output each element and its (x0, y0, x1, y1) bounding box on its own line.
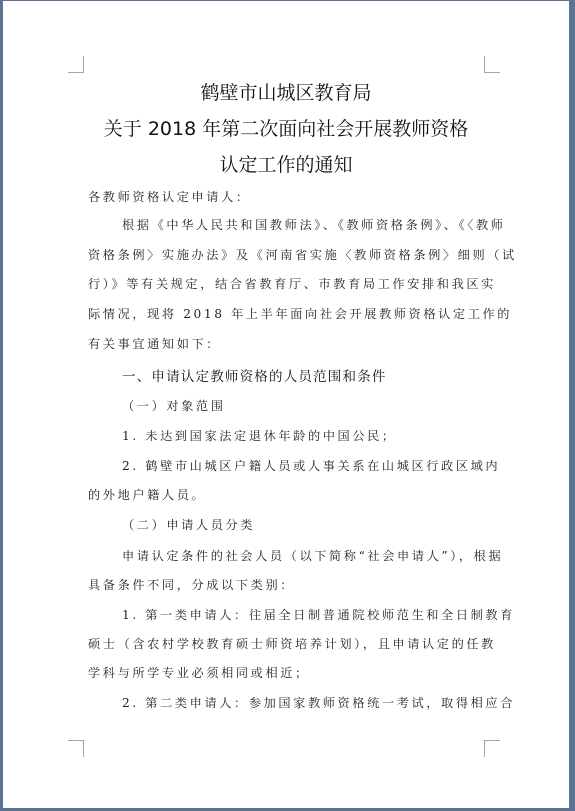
margin-corner-top-right (484, 56, 500, 73)
list-item: 1. 第一类申请人：往届全日制普通院校师范生和全日制教育 (122, 606, 522, 623)
document-title-line-3: 认定工作的通知 (3, 150, 569, 177)
body-line: 资格条例〉实施办法》及《河南省实施〈教师资格条例〉细则（试 (88, 246, 488, 263)
list-item-continuation: 的外地户籍人员。 (88, 486, 488, 503)
section-heading-1: 一、申请认定教师资格的人员范围和条件 (122, 365, 522, 385)
document-page: 鹤壁市山城区教育局 关于 2018 年第二次面向社会开展教师资格 认定工作的通知… (3, 1, 569, 808)
list-item-continuation: 硕士（含农村学校教育硕士师资培养计划），且申请认定的任教 (88, 635, 488, 652)
document-title-line-2: 关于 2018 年第二次面向社会开展教师资格 (3, 114, 569, 141)
subsection-heading-2: （二）申请人员分类 (122, 516, 522, 533)
body-line: 际情况，现将 2018 年上半年面向社会开展教师资格认定工作的 (88, 305, 488, 322)
list-item: 1. 未达到国家法定退休年龄的中国公民； (122, 427, 522, 444)
list-item: 2. 鹤壁市山城区户籍人员或人事关系在山城区行政区域内 (122, 457, 522, 474)
margin-corner-top-left (68, 56, 84, 73)
body-line: 有关事宜通知如下： (88, 335, 488, 352)
document-title-line-1: 鹤壁市山城区教育局 (3, 78, 569, 105)
body-line: 申请认定条件的社会人员（以下简称“社会申请人”），根据 (122, 547, 522, 564)
salutation: 各教师资格认定申请人： (88, 188, 488, 205)
subsection-heading-1: （一）对象范围 (122, 397, 522, 414)
list-item: 2. 第二类申请人：参加国家教师资格统一考试，取得相应合 (122, 694, 522, 711)
body-line: 行）》等有关规定，结合省教育厅、市教育局工作安排和我区实 (88, 275, 488, 292)
body-line: 具备条件不同，分成以下类别： (88, 576, 488, 593)
margin-corner-bottom-right (484, 740, 500, 757)
body-line: 根据《中华人民共和国教师法》、《教师资格条例》、《〈教师 (122, 216, 522, 233)
margin-corner-bottom-left (68, 740, 84, 757)
list-item-continuation: 学科与所学专业必须相同或相近； (88, 664, 488, 681)
